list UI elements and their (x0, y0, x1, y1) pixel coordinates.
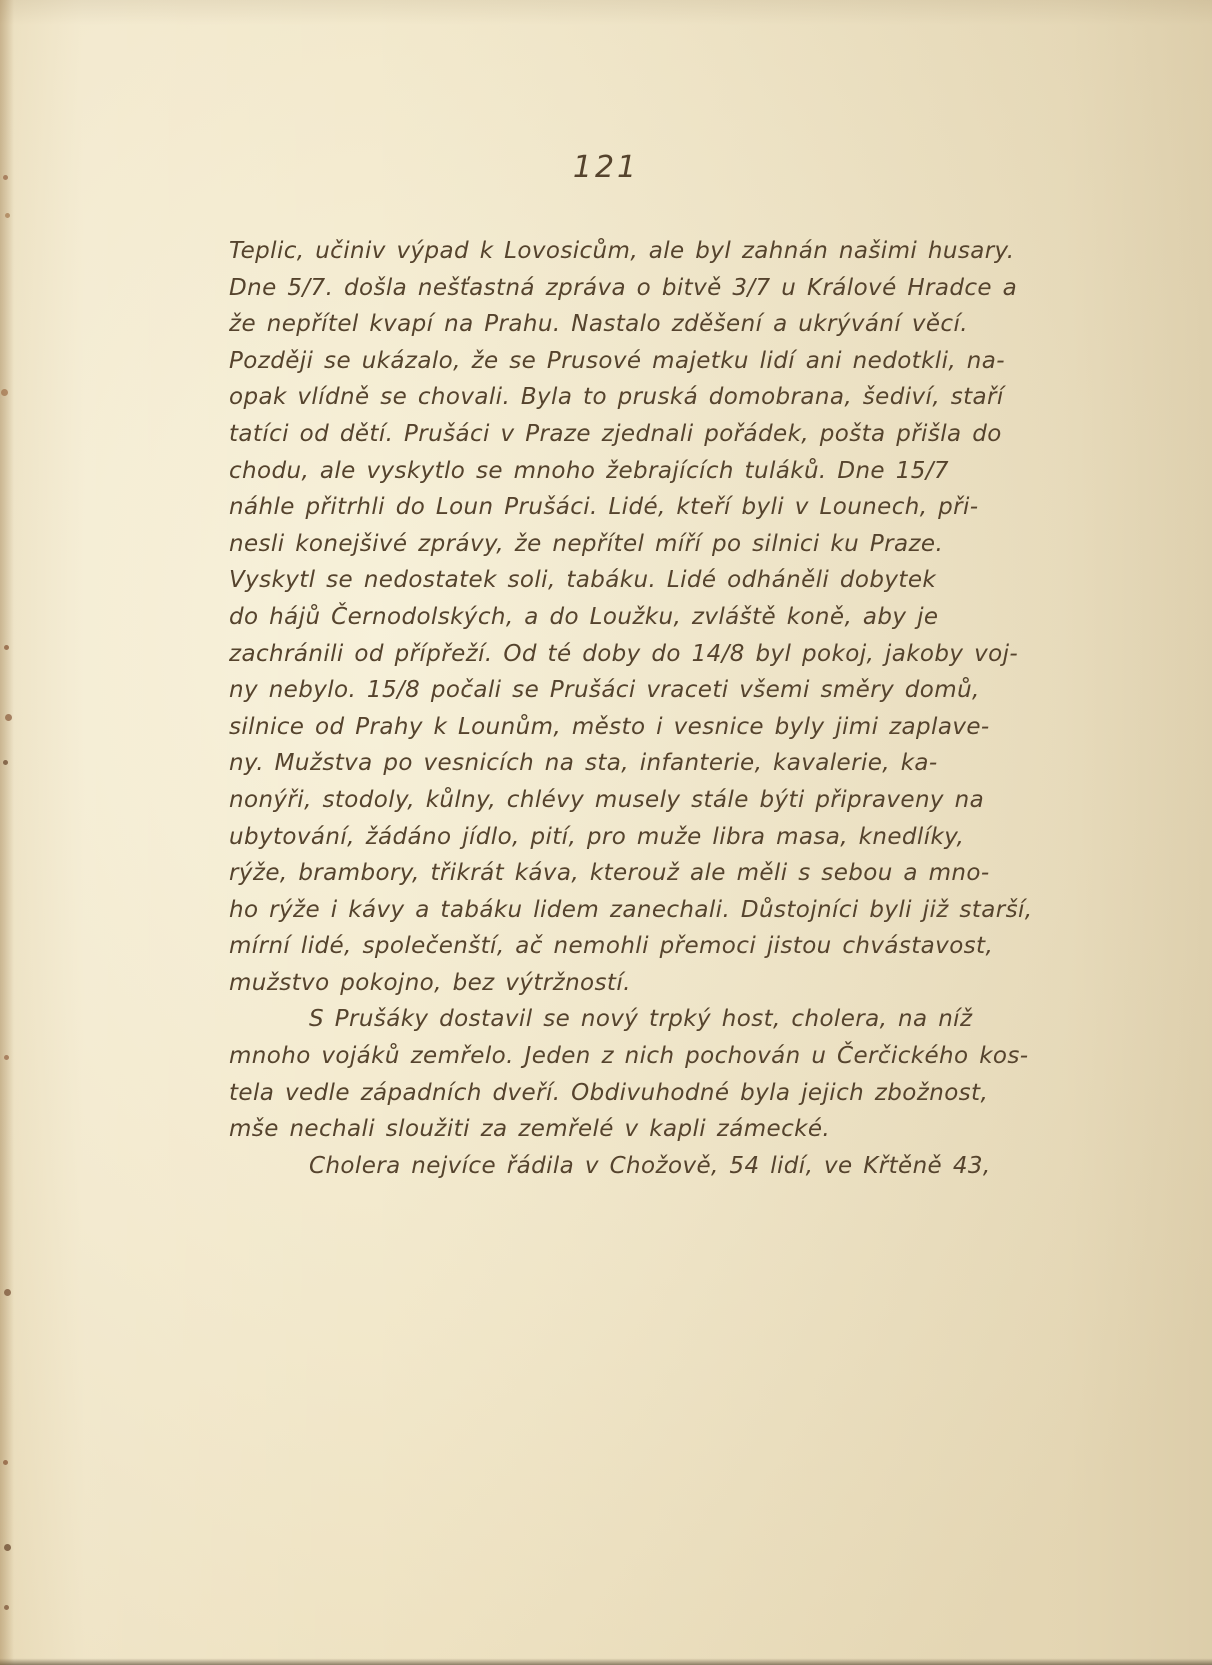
manuscript-line: Vyskytl se nedostatek soli, tabáku. Lidé… (229, 562, 1181, 599)
manuscript-line-paragraph-start: S Prušáky dostavil se nový trpký host, c… (229, 1001, 1181, 1038)
manuscript-line-paragraph-start: Cholera nejvíce řádila v Chožově, 54 lid… (229, 1148, 1181, 1185)
manuscript-line: že nepřítel kvapí na Prahu. Nastalo zděš… (229, 306, 1181, 343)
manuscript-line: mužstvo pokojno, bez výtržností. (229, 965, 1181, 1002)
manuscript-line: Později se ukázalo, že se Prusové majetk… (229, 343, 1181, 380)
manuscript-line: silnice od Prahy k Lounům, město i vesni… (229, 709, 1181, 746)
manuscript-line: náhle přitrhli do Loun Prušáci. Lidé, kt… (229, 489, 1181, 526)
manuscript-text-block: Teplic, učiniv výpad k Lovosicům, ale by… (229, 233, 1181, 1184)
manuscript-line: tatíci od dětí. Prušáci v Praze zjednali… (229, 416, 1181, 453)
manuscript-line: nesli konejšivé zprávy, že nepřítel míří… (229, 526, 1181, 563)
manuscript-line: zachránili od přípřeží. Od té doby do 14… (229, 636, 1181, 673)
manuscript-line: chodu, ale vyskytlo se mnoho žebrajících… (229, 453, 1181, 490)
manuscript-line: mnoho vojáků zemřelo. Jeden z nich pocho… (229, 1038, 1181, 1075)
manuscript-line: opak vlídně se chovali. Byla to pruská d… (229, 379, 1181, 416)
manuscript-line: ho rýže i kávy a tabáku lidem zanechali.… (229, 892, 1181, 929)
manuscript-line: ubytování, žádáno jídlo, pití, pro muže … (229, 819, 1181, 856)
manuscript-line: ny nebylo. 15/8 počali se Prušáci vracet… (229, 672, 1181, 709)
manuscript-line: rýže, brambory, třikrát káva, kterouž al… (229, 855, 1181, 892)
manuscript-line: Teplic, učiniv výpad k Lovosicům, ale by… (229, 233, 1181, 270)
manuscript-page: 121 Teplic, učiniv výpad k Lovosicům, al… (0, 0, 1212, 1665)
manuscript-line: tela vedle západních dveří. Obdivuhodné … (229, 1075, 1181, 1112)
manuscript-line: mše nechali sloužiti za zemřelé v kapli … (229, 1111, 1181, 1148)
manuscript-line: mírní lidé, společenští, ač nemohli přem… (229, 928, 1181, 965)
paper-left-edge (0, 0, 16, 1665)
manuscript-line: nonýři, stodoly, kůlny, chlévy musely st… (229, 782, 1181, 819)
manuscript-line: do hájů Černodolských, a do Loužku, zvlá… (229, 599, 1181, 636)
page-number: 121 (0, 150, 1212, 185)
manuscript-line: Dne 5/7. došla nešťastná zpráva o bitvě … (229, 270, 1181, 307)
manuscript-line: ny. Mužstva po vesnicích na sta, infante… (229, 745, 1181, 782)
